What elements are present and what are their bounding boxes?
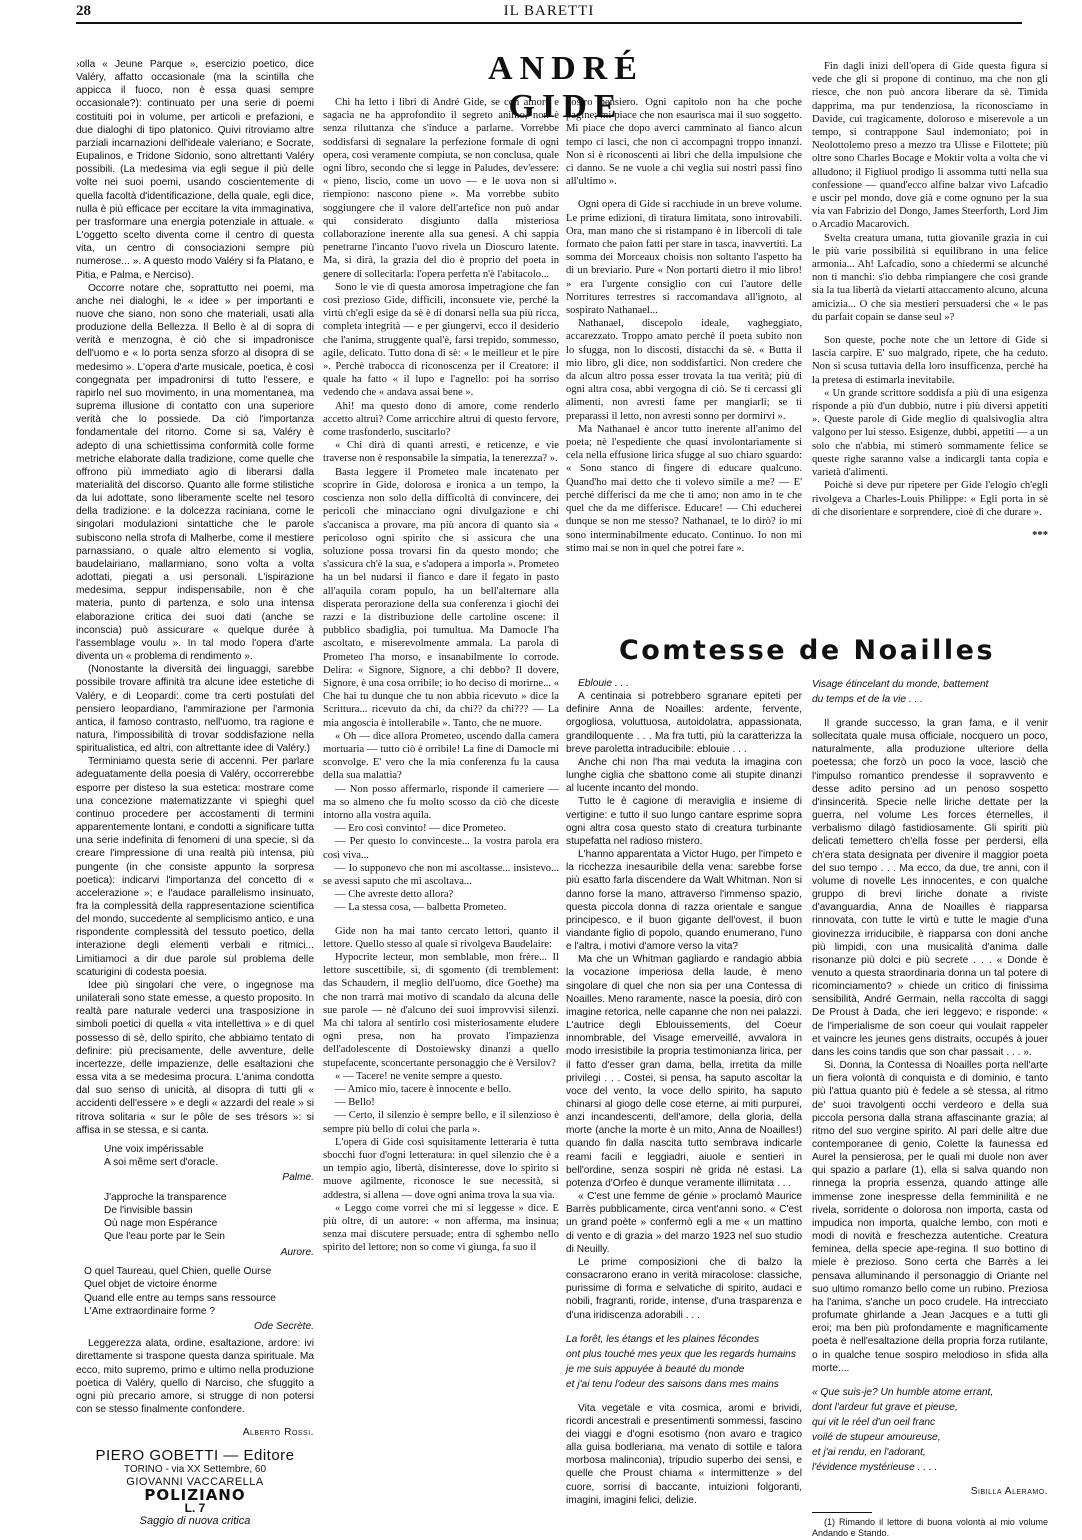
footnote: (1) Rimando il lettore di buona volontà … xyxy=(812,1517,1048,1539)
verse-line: et j'ai tenu l'odeur des saisons dans me… xyxy=(566,1377,802,1392)
epigraph: Visage étincelant du monde, battement du… xyxy=(812,677,1048,707)
verse-line: Visage étincelant du monde, battement xyxy=(812,677,1048,692)
paragraph: Le prime composizioni che di balzo la co… xyxy=(566,1256,802,1322)
paragraph: A centinaia si potrebbero sgranare epite… xyxy=(566,690,802,756)
paragraph: Poichè si deve pur ripetere per Gide l'e… xyxy=(812,479,1048,519)
verse-source: Palme. xyxy=(76,1171,314,1184)
paragraph: « Chi dirà di quanti arresti, e reticenz… xyxy=(323,439,559,465)
verse-quote: Une voix impérissable A soi même sert d'… xyxy=(104,1143,314,1170)
paragraph: ›olla « Jeune Parque », esercizio poetic… xyxy=(76,58,314,282)
paragraph: — Amico mio, tacere è innocente e bello. xyxy=(323,1083,559,1096)
paragraph: Basta leggere il Prometeo male incatenat… xyxy=(323,466,559,730)
valery-article: ›olla « Jeune Parque », esercizio poetic… xyxy=(76,58,314,1528)
paragraph: « Oh — dice allora Prometeo, uscendo dal… xyxy=(323,730,559,783)
verse-line: La forêt, les étangs et les plaines féco… xyxy=(566,1332,802,1347)
advert-address: TORINO - via XX Settembre, 60 xyxy=(76,1463,314,1476)
paragraph: Gide non ha mai tanto cercato lettori, q… xyxy=(323,925,559,951)
verse-quote: O quel Taureau, quel Chien, quelle Ourse… xyxy=(84,1265,314,1318)
epigraph: Eblouie . . . xyxy=(566,677,802,690)
verse-line: Quel objet de victoire énorme xyxy=(84,1278,314,1291)
paragraph: Leggerezza alata, ordine, esaltazione, a… xyxy=(76,1337,314,1416)
paragraph: — Bello! xyxy=(323,1096,559,1109)
noailles-column-1: Eblouie . . . A centinaia si potrebbero … xyxy=(566,677,802,1507)
verse-line: « Que suis-je? Un humble atome errant, xyxy=(812,1385,1048,1400)
paragraph: Ma Nathanael è ancor tutto inerente all'… xyxy=(566,423,802,555)
gide-column-2: nostro pensiero. Ogni capitolo non ha ch… xyxy=(566,96,802,555)
verse-line: dont l'ardeur fut grave et pieuse, xyxy=(812,1400,1048,1415)
paragraph: Anche chi non l'ha mai veduta la imagina… xyxy=(566,756,802,795)
paragraph: Si. Donna, la Contessa di Noailles porta… xyxy=(812,1059,1048,1375)
verse-line: O quel Taureau, quel Chien, quelle Ourse xyxy=(84,1265,314,1278)
verse-quote: La forêt, les étangs et les plaines féco… xyxy=(566,1332,802,1392)
paragraph: « C'est une femme de génie » proclamò Ma… xyxy=(566,1190,802,1256)
paragraph: L'hanno apparentata a Victor Hugo, per l… xyxy=(566,848,802,953)
publisher-advert: PIERO GOBETTI — Editore TORINO - via XX … xyxy=(76,1449,314,1528)
advert-price: L. 7 xyxy=(76,1502,314,1515)
paragraph: — Certo, il silenzio è sempre bello, e i… xyxy=(323,1109,559,1135)
verse-line: l'évidence mystérieuse . . . . xyxy=(812,1460,1048,1475)
paragraph: L'opera di Gide così squisitamente lette… xyxy=(323,1136,559,1202)
verse-line: Une voix impérissable xyxy=(104,1143,314,1156)
paragraph: Tutto le è cagione di meraviglia e insie… xyxy=(566,795,802,848)
paragraph: Son queste, poche note che un lettore di… xyxy=(812,334,1048,387)
footnote-divider xyxy=(812,1512,872,1513)
paragraph: « Leggo come vorrei che mi si leggesse »… xyxy=(323,1202,559,1255)
paragraph: — Non posso affermarlo, risponde il came… xyxy=(323,783,559,823)
paragraph: Svelta creatura umana, tutta giovanile g… xyxy=(812,232,1048,324)
verse-line: A soi même sert d'oracle. xyxy=(104,1156,314,1169)
paragraph: — Per questo lo convinceste... la vostra… xyxy=(323,835,559,861)
verse-line: De l'invisible bassin xyxy=(104,1204,314,1217)
advert-book-title: POLIZIANO xyxy=(76,1489,314,1502)
verse-line: et j'ai rendu, en l'adorant, xyxy=(812,1445,1048,1460)
paragraph: (Nonostante la diversità dei linguaggi, … xyxy=(76,663,314,755)
verse-line: Que l'eau porte par le Sein xyxy=(104,1230,314,1243)
paragraph: Nathanael, discepolo ideale, vagheggiato… xyxy=(566,317,802,423)
paragraph: — Io supponevo che non mi ascoltasse... … xyxy=(323,862,559,888)
paragraph: Terminiamo questa serie di accenni. Per … xyxy=(76,755,314,979)
gide-column-1: Chi ha letto i libri di André Gide, se c… xyxy=(323,96,559,1255)
paragraph: Hypocrite lecteur, mon semblable, mon fr… xyxy=(323,951,559,1070)
gide-column-3: Fin dagli inizi dell'opera di Gide quest… xyxy=(812,60,1048,542)
paragraph: Sono le vie di questa amorosa impetragio… xyxy=(323,281,559,400)
author-signature: Sibilla Aleramo. xyxy=(812,1485,1048,1498)
verse-source: Ode Secrète. xyxy=(76,1320,314,1333)
verse-source: Aurore. xyxy=(76,1246,314,1259)
verse-line: du temps et de la vie . . . xyxy=(812,692,1048,707)
verse-line: Où nage mon Espérance xyxy=(104,1217,314,1230)
masthead: IL BARETTI xyxy=(76,3,1022,20)
advert-subtitle: Saggio di nuova critica xyxy=(76,1515,314,1528)
paragraph: « Un grande scrittore soddisfa a più di … xyxy=(812,387,1048,479)
paragraph: Ogni opera di Gide si racchiude in un br… xyxy=(566,198,802,317)
paragraph: Il grande successo, la gran fama, e il v… xyxy=(812,717,1048,1059)
verse-line: Quand elle entre au temps sans ressource xyxy=(84,1292,314,1305)
paragraph: Ma che un Whitman gagliardo e randagio a… xyxy=(566,953,802,1190)
section-end-mark: *** xyxy=(812,529,1048,542)
paragraph: Fin dagli inizi dell'opera di Gide quest… xyxy=(812,60,1048,232)
paragraph: Chi ha letto i libri di André Gide, se c… xyxy=(323,96,559,281)
verse-line: J'approche la transparence xyxy=(104,1191,314,1204)
article-title-noailles: Comtesse de Noailles xyxy=(566,635,1048,666)
verse-line: je me suis appuyée à beauté du monde xyxy=(566,1362,802,1377)
verse-quote: J'approche la transparence De l'invisibl… xyxy=(104,1191,314,1244)
paragraph: — Ero così convinto! — dice Prometeo. xyxy=(323,822,559,835)
paragraph: — Che avreste detto allora? xyxy=(323,888,559,901)
author-signature: Alberto Rossi. xyxy=(76,1426,314,1439)
paragraph: « — Tacere! ne venite sempre a questo. xyxy=(323,1070,559,1083)
paragraph: — La stessa cosa, — balbetta Prometeo. xyxy=(323,901,559,914)
verse-quote: « Que suis-je? Un humble atome errant, d… xyxy=(812,1385,1048,1475)
paragraph: Occorre notare che, soprattutto nei poem… xyxy=(76,282,314,664)
verse-line: L'Ame extraordinaire forme ? xyxy=(84,1305,314,1318)
page-header: 28 IL BARETTI xyxy=(76,0,1022,24)
verse-line: ont plus touché mes yeux que les regards… xyxy=(566,1347,802,1362)
paragraph: nostro pensiero. Ogni capitolo non ha ch… xyxy=(566,96,802,188)
verse-line: voilé de stupeur amoureuse, xyxy=(812,1430,1048,1445)
verse-line: qui vit le réel d'un oeil franc xyxy=(812,1415,1048,1430)
paragraph: Ahi! ma questo dono di amore, come rende… xyxy=(323,400,559,440)
paragraph: Idee più singolari che vere, o ingegnose… xyxy=(76,979,314,1137)
paragraph: Vita vegetale e vita cosmica, aromi e br… xyxy=(566,1402,802,1507)
noailles-column-2: Visage étincelant du monde, battement du… xyxy=(812,677,1048,1539)
advert-publisher: PIERO GOBETTI — Editore xyxy=(76,1449,314,1462)
